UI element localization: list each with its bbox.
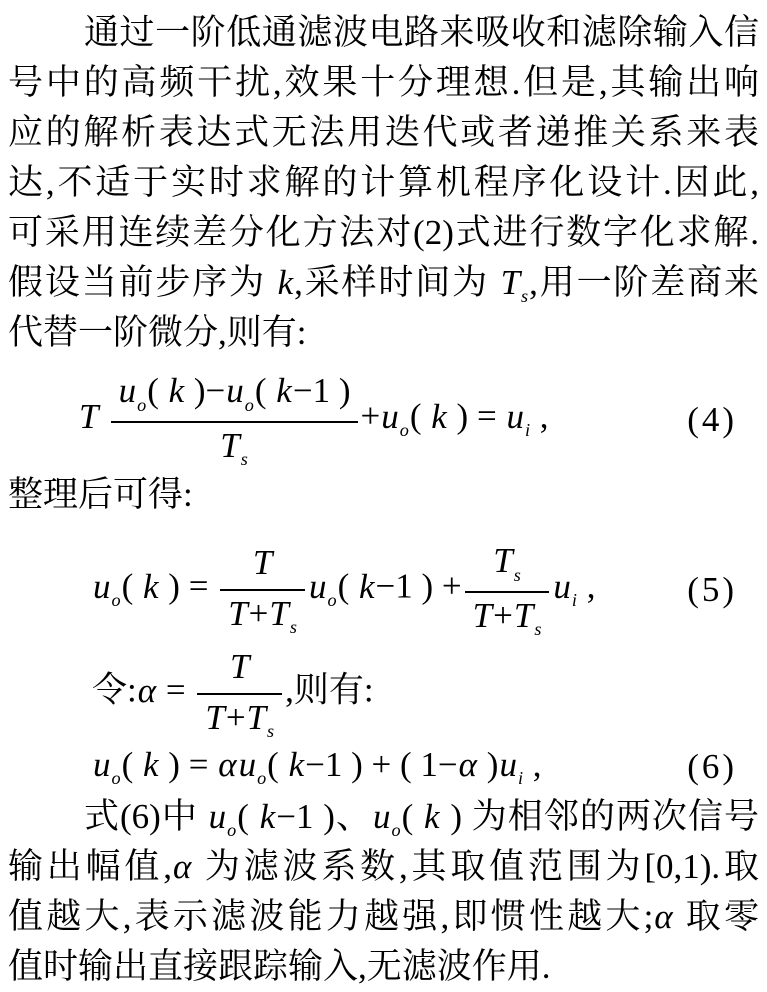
text-run: 值越大,表示滤波能力越强,即惯性越大; <box>8 897 653 936</box>
text-line: 值时输出直接跟踪输入,无滤波作用. <box>8 942 759 992</box>
equation-5: uo( k ) = TT+Tsuo( k−1 ) +TsT+Tsui , (5) <box>8 534 759 646</box>
equation-6-label: (6) <box>687 747 759 787</box>
fraction: uo( k )−uo( k−1 )Ts <box>111 370 358 469</box>
math-run: u <box>92 567 112 606</box>
math-run: s <box>534 619 542 639</box>
math-run: , <box>524 745 542 784</box>
equation-5-content: uo( k ) = TT+Tsuo( k−1 ) +TsT+Tsui , <box>92 540 595 639</box>
math-run: u <box>208 797 228 836</box>
math-run: α <box>137 671 157 710</box>
math-run: o <box>327 590 337 610</box>
math-run: + <box>361 397 381 436</box>
text-run: 通过一阶低通滤波电路来吸收和滤除输入信 <box>84 13 759 52</box>
fraction-numerator: uo( k )−uo( k−1 ) <box>111 370 358 422</box>
math-run: u <box>238 745 258 784</box>
text-line: 式(6)中 uo( k−1 )、uo( k ) 为相邻的两次信号 <box>8 792 759 842</box>
fraction-numerator: T <box>220 542 305 590</box>
math-run: o <box>227 820 237 840</box>
text-line: 假设当前步序为 k,采样时间为 Ts,用一阶差商来 <box>8 258 759 308</box>
text-run: 为滤波系数,其取值范围为[0,1).取 <box>192 847 759 886</box>
math-run: k <box>277 263 295 302</box>
math-run: , <box>531 397 549 436</box>
text-run: 、 <box>335 797 372 836</box>
math-run: ( <box>255 371 275 410</box>
math-run: o <box>112 768 122 788</box>
text-run: 达,不适于实时求解的计算机程序化设计.因此, <box>8 163 759 202</box>
math-run: α <box>172 847 192 886</box>
math-run: T <box>513 596 534 635</box>
math-run: ) <box>441 797 462 836</box>
text-run: 式(6)中 <box>84 797 208 836</box>
math-run: T <box>500 263 521 302</box>
equation-4-label: (4) <box>687 400 759 440</box>
math-run: o <box>245 395 255 415</box>
math-run: T <box>246 698 267 737</box>
fraction-denominator: T+Ts <box>220 591 305 638</box>
text-run: 输出幅值, <box>8 847 172 886</box>
math-run: u <box>552 567 572 606</box>
math-run: α <box>653 897 673 936</box>
math-run: ( <box>237 797 258 836</box>
math-run: ) = <box>160 745 218 784</box>
math-run: T <box>204 698 225 737</box>
equation-5-label: (5) <box>687 570 759 610</box>
math-run: ( <box>410 397 430 436</box>
text-run: 为相邻的两次信号 <box>462 797 759 836</box>
math-run: u <box>118 371 138 410</box>
math-run: o <box>257 768 267 788</box>
math-run: k <box>275 371 293 410</box>
paragraph-2: 式(6)中 uo( k−1 )、uo( k ) 为相邻的两次信号 输出幅值,α … <box>8 792 759 992</box>
equation-6-content: uo( k ) = αuo( k−1 ) + ( 1−α )ui , <box>92 745 542 789</box>
text-run: 令: <box>92 671 137 710</box>
text-run: 整理后可得: <box>8 475 193 514</box>
math-run: u <box>372 797 392 836</box>
math-run: ( <box>338 567 358 606</box>
math-run: k <box>168 371 186 410</box>
math-run: ) = <box>160 567 218 606</box>
math-run: u <box>92 745 112 784</box>
math-run: u <box>308 567 328 606</box>
fraction-numerator: Ts <box>465 540 550 592</box>
equation-alpha-definition: 令:α = TT+Ts,则有: <box>8 646 759 742</box>
math-run: ) = <box>448 397 506 436</box>
text-line: 代替一阶微分,则有: <box>8 308 759 358</box>
math-run: −1 ) <box>276 797 335 836</box>
math-run: , <box>578 567 596 606</box>
text-run: 代替一阶微分,则有: <box>8 313 306 352</box>
math-run: s <box>290 617 298 637</box>
math-run: −1 ) <box>293 371 351 410</box>
paragraph-1: 通过一阶低通滤波电路来吸收和滤除输入信 号中的高频干扰,效果十分理想.但是,其输… <box>8 8 759 358</box>
math-run: T <box>268 594 289 633</box>
math-run: o <box>400 420 410 440</box>
math-run: k <box>358 567 376 606</box>
math-run: −1 ) + <box>376 567 462 606</box>
math-run: k <box>142 745 160 784</box>
math-run: ( <box>122 745 142 784</box>
math-run: + <box>249 594 269 633</box>
fraction-numerator: T <box>197 646 282 694</box>
text-line: 可采用连续差分化方法对(2)式进行数字化求解. <box>8 208 759 258</box>
text-line: 输出幅值,α 为滤波系数,其取值范围为[0,1).取 <box>8 842 759 892</box>
math-run: T <box>227 594 248 633</box>
math-run: T <box>252 543 273 582</box>
equation-4-content: T uo( k )−uo( k−1 )Ts+uo( k ) = ui , <box>78 370 549 469</box>
text-run: 应的解析表达式无法用迭代或者递推关系来表 <box>8 113 759 152</box>
math-run: −1 ) + ( 1− <box>305 745 458 784</box>
equation-6: uo( k ) = αuo( k−1 ) + ( 1−α )ui , (6) <box>8 742 759 792</box>
equation-alpha-content: 令:α = TT+Ts,则有: <box>92 646 374 741</box>
text-run: 则有: <box>294 671 374 710</box>
fraction: TsT+Ts <box>465 540 550 639</box>
math-run: o <box>137 395 147 415</box>
math-run: T <box>229 647 250 686</box>
math-run: ( <box>122 567 142 606</box>
text-run: 号中的高频干扰,效果十分理想.但是,其输出响 <box>8 63 759 102</box>
math-run: T <box>78 397 108 436</box>
math-run: ( <box>402 797 423 836</box>
math-run: o <box>112 590 122 610</box>
text-run: ,采样时间为 <box>294 263 499 302</box>
fraction-denominator: T+Ts <box>465 593 550 640</box>
text-run: ,用一阶差商来 <box>529 263 759 302</box>
math-run: u <box>225 371 245 410</box>
math-run: k <box>259 797 277 836</box>
math-run: u <box>505 397 525 436</box>
math-run: , <box>285 671 294 710</box>
fraction: TT+Ts <box>197 646 282 741</box>
math-run: s <box>267 721 275 741</box>
fraction-denominator: T+Ts <box>197 695 282 742</box>
math-run: ) <box>478 745 498 784</box>
math-run: T <box>492 541 513 580</box>
math-run: s <box>241 449 249 469</box>
fraction-denominator: Ts <box>111 423 358 470</box>
math-run: k <box>423 797 441 836</box>
text-line: 整理后可得: <box>8 470 759 520</box>
math-run: α <box>217 745 237 784</box>
text-line: 通过一阶低通滤波电路来吸收和滤除输入信 <box>8 8 759 58</box>
text-line: 应的解析表达式无法用迭代或者递推关系来表 <box>8 108 759 158</box>
math-run: u <box>380 397 400 436</box>
math-run: T <box>472 596 493 635</box>
math-run: T <box>219 426 240 465</box>
math-run: s <box>514 565 522 585</box>
math-run: = <box>157 671 194 710</box>
math-run: s <box>521 286 529 306</box>
text-line: 达,不适于实时求解的计算机程序化设计.因此, <box>8 158 759 208</box>
math-run: ( <box>147 371 167 410</box>
math-run: )− <box>185 371 225 410</box>
math-run: k <box>430 397 448 436</box>
math-run: ( <box>267 745 287 784</box>
math-run: k <box>288 745 306 784</box>
math-run: u <box>498 745 518 784</box>
text-line: 值越大,表示滤波能力越强,即惯性越大;α 取零 <box>8 892 759 942</box>
math-run: k <box>142 567 160 606</box>
text-run: 取零 <box>674 897 759 936</box>
text-run: 假设当前步序为 <box>8 263 277 302</box>
math-run: o <box>391 820 401 840</box>
text-line: 号中的高频干扰,效果十分理想.但是,其输出响 <box>8 58 759 108</box>
paper-page: 通过一阶低通滤波电路来吸收和滤除输入信 号中的高频干扰,效果十分理想.但是,其输… <box>0 0 767 992</box>
equation-4: T uo( k )−uo( k−1 )Ts+uo( k ) = ui , (4) <box>8 370 759 470</box>
math-run: α <box>458 745 478 784</box>
text-run: 值时输出直接跟踪输入,无滤波作用. <box>8 947 551 986</box>
text-run: 可采用连续差分化方法对(2)式进行数字化求解. <box>8 213 759 252</box>
fraction: TT+Ts <box>220 542 305 637</box>
math-run: + <box>493 596 513 635</box>
math-run: + <box>226 698 246 737</box>
